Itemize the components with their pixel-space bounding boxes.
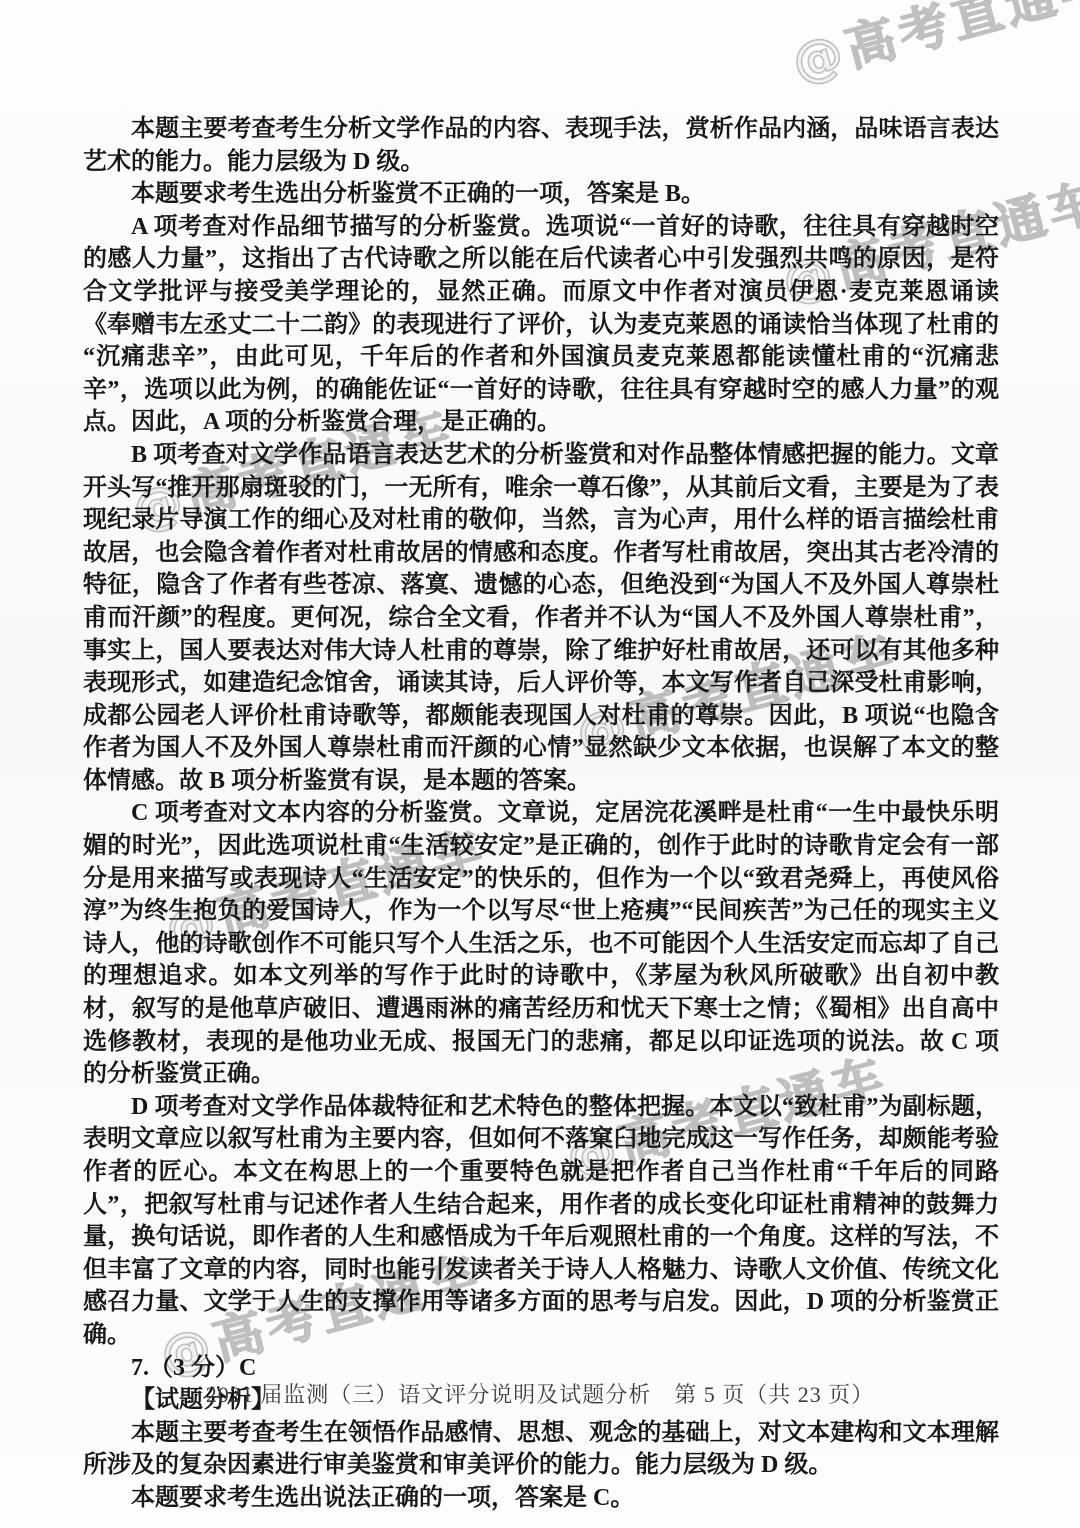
footer-text: 2021 届监测（三）语文评分说明及试题分析 第 5 页（共 23 页） [206, 1382, 875, 1407]
para-option-a-analysis: A 项考查对作品细节描写的分析鉴赏。选项说“一首好的诗歌，往往具有穿越时空的感人… [83, 211, 999, 439]
para-q7-ability: 本题主要考查考生在领悟作品感情、思想、观念的基础上，对文本建构和文本理解所涉及的… [83, 1417, 999, 1482]
document-body: 本题主要考查考生分析文学作品的内容、表现手法，赏析作品内涵，品味语言表达艺术的能… [83, 113, 999, 1515]
page-footer: 2021 届监测（三）语文评分说明及试题分析 第 5 页（共 23 页） [0, 1378, 1080, 1409]
para-option-b-analysis: B 项考查对文学作品语言表达艺术的分析鉴赏和对作品整体情感把握的能力。文章开头写… [83, 439, 999, 798]
watermark-text: @高考直通车 [783, 0, 1080, 95]
document-page: @高考直通车 @高考直通车 @高考直通车 @高考直通车 @高考直通车 @高考直通… [0, 0, 1080, 1528]
para-q6-ability: 本题主要考查考生分析文学作品的内容、表现手法，赏析作品内涵，品味语言表达艺术的能… [83, 113, 999, 178]
para-q6-requirement: 本题要求考生选出分析鉴赏不正确的一项，答案是 B。 [83, 178, 999, 211]
para-q7-requirement: 本题要求考生选出说法正确的一项，答案是 C。 [83, 1482, 999, 1515]
para-option-d-analysis: D 项考查对文学作品体裁特征和艺术特色的整体把握。本文以“致杜甫”为副标题，表明… [83, 1091, 999, 1352]
para-option-c-analysis: C 项考查对文本内容的分析鉴赏。文章说，定居浣花溪畔是杜甫“一生中最快乐明媚的时… [83, 797, 999, 1090]
